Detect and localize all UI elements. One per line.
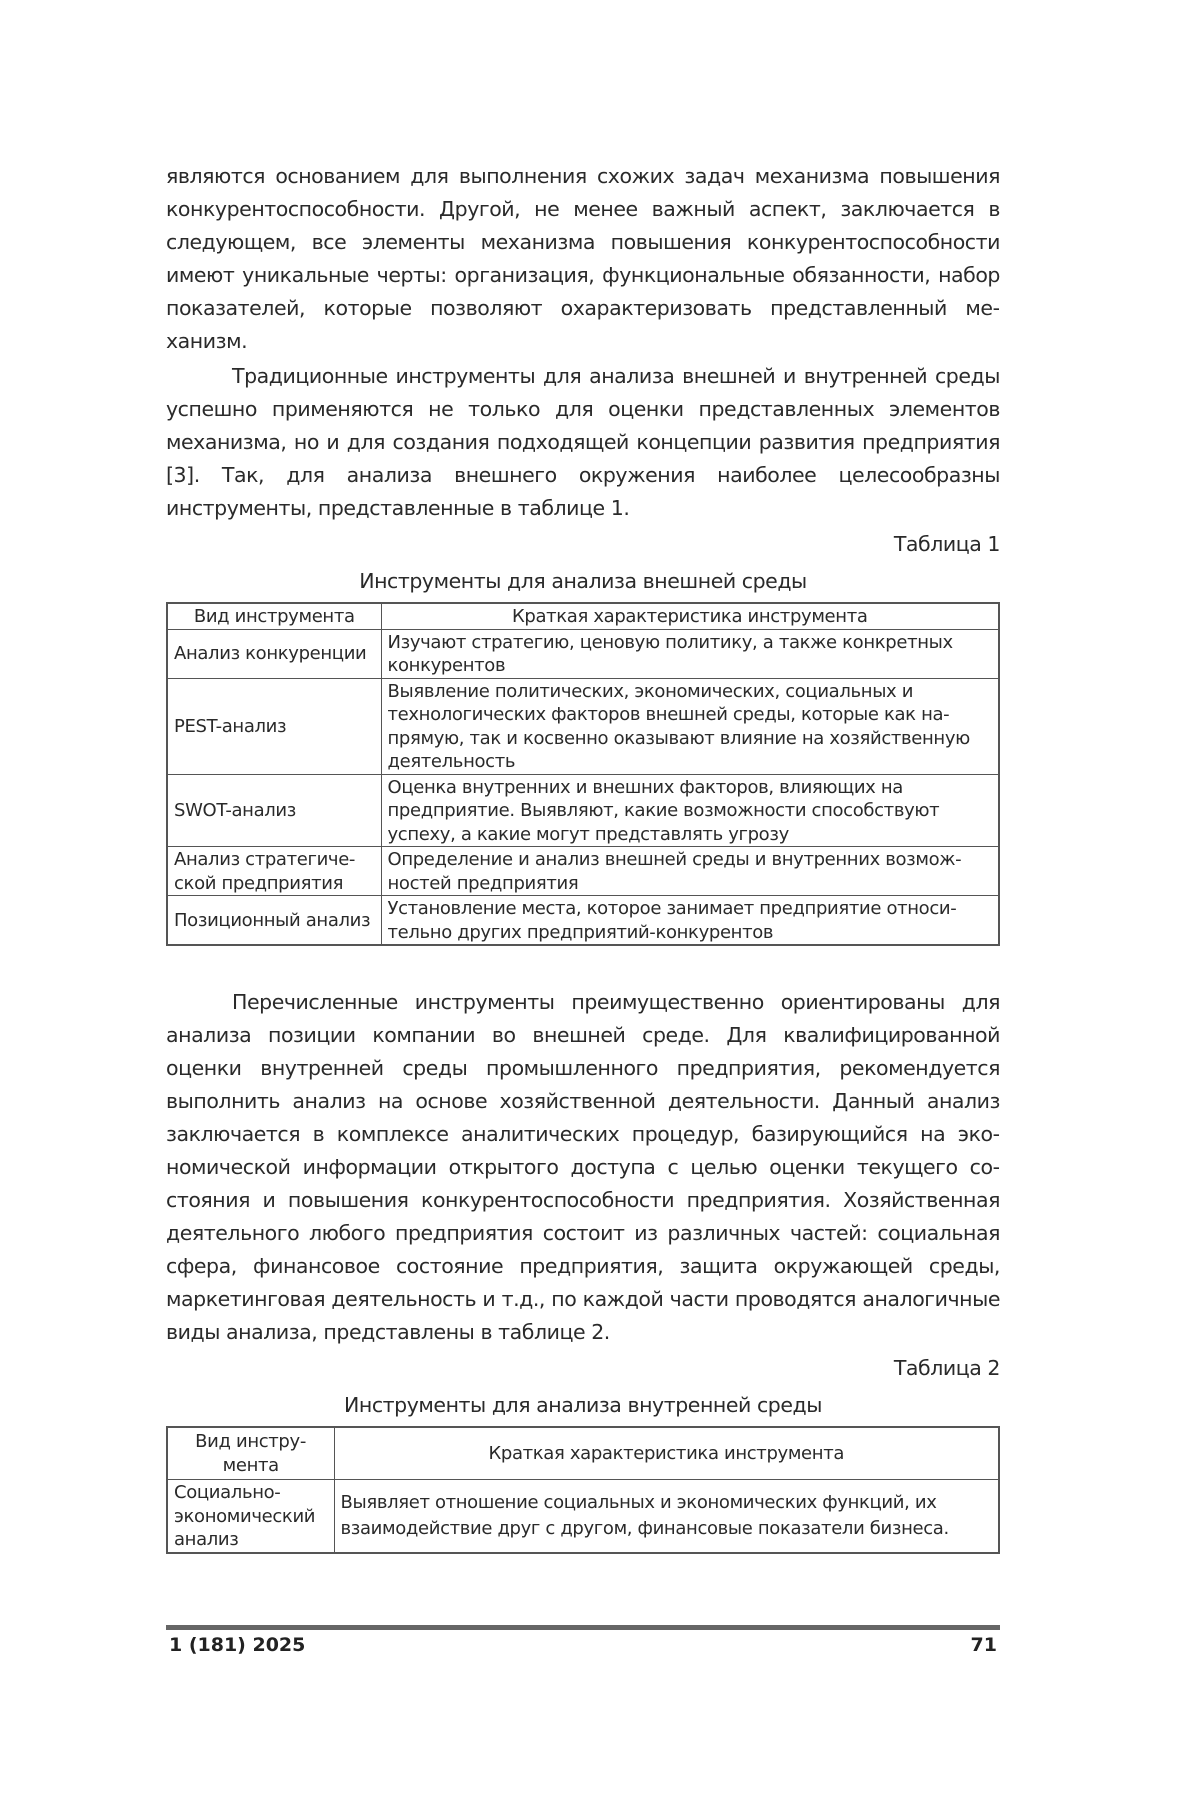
cell-tool: Анализ стратегиче­ской предприятия [167, 847, 381, 896]
table-row: PEST-анализ Выявление политических, экон… [167, 678, 999, 774]
body-paragraph-1: являются основанием для выполнения схожи… [166, 160, 1000, 358]
table-1-title: Инструменты для анализа внешней среды [166, 565, 1000, 598]
cell-description: Выявление политических, экономических, с… [381, 678, 999, 774]
cell-description: Установление места, которое занимает пре… [381, 896, 999, 946]
body-paragraph-3: Перечисленные инструменты преимущественн… [166, 986, 1000, 1349]
cell-tool: Социально-экономический анализ [167, 1480, 334, 1553]
table-2-title: Инструменты для анализа внутренней среды [166, 1389, 1000, 1422]
table-header-row: Вид инстру­мента Краткая характеристика … [167, 1427, 999, 1480]
page-number: 71 [971, 1630, 997, 1660]
table-row: Социально-экономический анализ Выявляет … [167, 1480, 999, 1553]
table-internal-tools: Вид инстру­мента Краткая характеристика … [166, 1426, 1000, 1554]
table-external-tools: Вид инструмента Краткая характеристика и… [166, 602, 1000, 946]
body-paragraph-2: Традиционные инструменты для анализа вне… [166, 360, 1000, 525]
page-footer: 1 (181) 2025 71 [166, 1625, 1000, 1660]
cell-description: Оценка внутренних и внешних факторов, вл… [381, 774, 999, 847]
table-header-row: Вид инструмента Краткая характеристика и… [167, 603, 999, 629]
table-1-label: Таблица 1 [166, 528, 1000, 561]
table-row: Позиционный анализ Установление места, к… [167, 896, 999, 946]
cell-tool: Позиционный анализ [167, 896, 381, 946]
table-row: Анализ стратегиче­ской предприятия Опред… [167, 847, 999, 896]
table-2-label: Таблица 2 [166, 1352, 1000, 1385]
cell-tool: PEST-анализ [167, 678, 381, 774]
cell-tool: Анализ конкуренции [167, 629, 381, 678]
table-row: Анализ конкуренции Изучают стратегию, це… [167, 629, 999, 678]
cell-description: Выявляет отношение социальных и экономич… [334, 1480, 999, 1553]
table-row: SWOT-анализ Оценка внутренних и внешних … [167, 774, 999, 847]
column-header-description: Краткая характеристика инструмента [334, 1427, 999, 1480]
column-header-tool-type: Вид инстру­мента [167, 1427, 334, 1480]
cell-tool: SWOT-анализ [167, 774, 381, 847]
cell-description: Изучают стратегию, ценовую политику, а т… [381, 629, 999, 678]
column-header-description: Краткая характеристика инструмента [381, 603, 999, 629]
page-content: являются основанием для выполнения схожи… [166, 160, 1000, 1554]
journal-issue: 1 (181) 2025 [169, 1630, 305, 1660]
column-header-tool-type: Вид инструмента [167, 603, 381, 629]
cell-description: Определение и анализ внешней среды и вну… [381, 847, 999, 896]
